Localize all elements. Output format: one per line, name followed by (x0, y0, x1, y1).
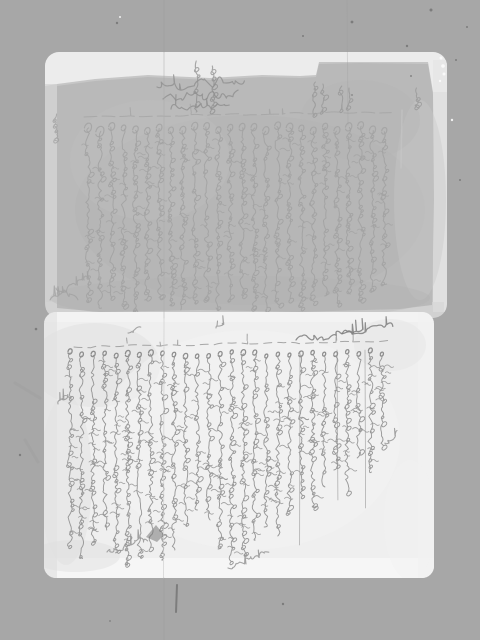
manuscript-photo (0, 0, 480, 640)
lower-page (30, 312, 436, 580)
manuscript-scan (0, 0, 480, 640)
upper-page (45, 52, 447, 320)
upper-page-paper (45, 52, 447, 320)
